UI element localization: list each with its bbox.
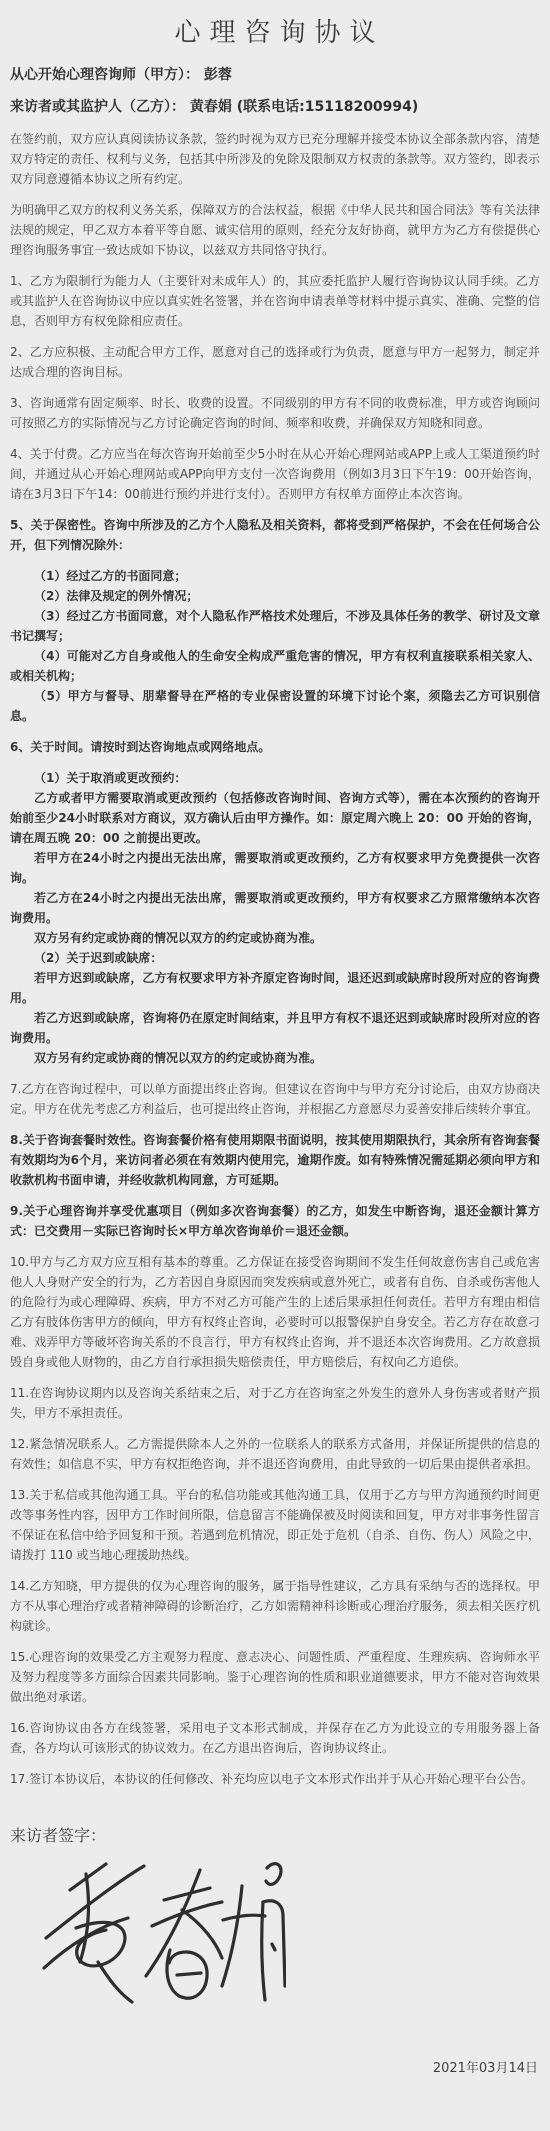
paragraph-clause-2: 2、乙方应积极、主动配合甲方工作，愿意对自己的选择或行为负责，愿意与甲方一起努力… bbox=[10, 342, 540, 382]
paragraph-clause-11: 11.在咨询协议期内以及咨询关系结束之后，对于乙方在咨询室之外发生的意外人身伤害… bbox=[10, 1383, 540, 1423]
paragraph-clause-17: 17.签订本协议后，本协议的任何修改、补充均应以电子文本形式作出并于从心开始心理… bbox=[10, 1769, 540, 1789]
paragraph-clause-7: 7.乙方在咨询过程中，可以单方面提出终止咨询。但建议在咨询中与甲方充分讨论后，由… bbox=[10, 1079, 540, 1119]
paragraph-clause-10: 10.甲方与乙方双方应互相有基本的尊重。乙方保证在接受咨询期间不发生任何故意伤害… bbox=[10, 1252, 540, 1372]
paragraph-clause-1: 1、乙方为限制行为能力人（主要针对未成年人）的，其应委托监护人履行咨询协议认同手… bbox=[10, 271, 540, 331]
signature-area bbox=[36, 1856, 540, 2011]
paragraph-clause-6-sub-2a: 若甲方迟到或缺席，乙方有权要求甲方补齐原定咨询时间，退还迟到或缺席时段所对应的咨… bbox=[10, 968, 540, 1008]
paragraph-clause-12: 12.紧急情况联系人。乙方需提供除本人之外的一位联系人的联系方式备用，并保证所提… bbox=[10, 1434, 540, 1474]
paragraph-clause-6-sub-1d: 双方另有约定或协商的情况以双方的约定或协商为准。 bbox=[10, 928, 540, 948]
paragraph-clause-6: 6、关于时间。请按时到达咨询地点或网络地点。 bbox=[10, 737, 540, 757]
paragraph-clause-9: 9.关于心理咨询并享受优惠项目（例如多次咨询套餐）的乙方，如发生中断咨询，退还金… bbox=[10, 1201, 540, 1241]
signature-handwriting bbox=[36, 1856, 286, 2006]
paragraph-clause-13: 13.关于私信或其他沟通工具。平台的私信功能或其他沟通工具，仅用于乙方与甲方沟通… bbox=[10, 1485, 540, 1565]
paragraph-intro-1: 在签约前，双方应认真阅读协议条款，签约时视为双方已充分理解并接受本协议全部条款内… bbox=[10, 129, 540, 189]
party-b-line: 来访者或其监护人（乙方）： 黄春娟 (联系电话:15118200994) bbox=[10, 97, 540, 117]
paragraph-clause-15: 15.心理咨询的效果受乙方主观努力程度、意志决心、问题性质、严重程度、生理疾病、… bbox=[10, 1647, 540, 1707]
page-title: 心理咨询协议 bbox=[10, 12, 540, 49]
paragraph-clause-5-sub-2: （2）法律及规定的例外情况； bbox=[10, 586, 540, 606]
signature-date: 2021年03月14日 bbox=[10, 2057, 540, 2076]
paragraph-clause-5-sub-4: （4）可能对乙方自身或他人的生命安全构成严重危害的情况，甲方有权利直接联系相关家… bbox=[10, 646, 540, 686]
paragraph-clause-5-sub-5: （5）甲方与督导、朋辈督导在严格的专业保密设置的环境下讨论个案，须隐去乙方可识别… bbox=[10, 686, 540, 726]
paragraph-clause-5: 5、关于保密性。咨询中所涉及的乙方个人隐私及相关资料，都将受到严格保护，不会在任… bbox=[10, 515, 540, 555]
paragraph-intro-2: 为明确甲乙双方的权利义务关系，保障双方的合法权益，根据《中华人民共和国合同法》等… bbox=[10, 200, 540, 260]
agreement-page: 心理咨询协议 从心开始心理咨询师（甲方）： 彭蓉 来访者或其监护人（乙方）： 黄… bbox=[0, 0, 550, 2131]
paragraph-clause-16: 16.咨询协议由各方在线签署，采用电子文本形式制成，并保存在乙方为此设立的专用服… bbox=[10, 1718, 540, 1758]
paragraph-clause-4: 4、关于付费。乙方应当在每次咨询开始前至少5小时在从心开始心理网站或APP上或人… bbox=[10, 444, 540, 504]
paragraph-clause-5-sub-3: （3）经过乙方书面同意，对个人隐私作严格技术处理后，不涉及具体任务的教学、研讨及… bbox=[10, 606, 540, 646]
paragraph-clause-6-sub-2c: 双方另有约定或协商的情况以双方的约定或协商为准。 bbox=[10, 1048, 540, 1068]
paragraph-clause-6-sub-2: （2）关于迟到或缺席： bbox=[10, 948, 540, 968]
party-a-line: 从心开始心理咨询师（甲方）： 彭蓉 bbox=[10, 65, 540, 85]
paragraph-clause-6-sub-1c: 若乙方在24小时之内提出无法出席，需要取消或更改预约，甲方有权要求乙方照常缴纳本… bbox=[10, 888, 540, 928]
paragraph-clause-3: 3、咨询通常有固定频率、时长、收费的设置。不同级别的甲方有不同的收费标准，甲方或… bbox=[10, 393, 540, 433]
paragraph-clause-14: 14.乙方知晓，甲方提供的仅为心理咨询的服务，属于指导性建议，乙方具有采纳与否的… bbox=[10, 1576, 540, 1636]
paragraph-clause-8: 8.关于咨询套餐时效性。咨询套餐价格有使用期限书面说明，按其使用期限执行，其余所… bbox=[10, 1130, 540, 1190]
paragraph-clause-6-sub-1: （1）关于取消或更改预约： bbox=[10, 768, 540, 788]
paragraph-clause-6-sub-2b: 若乙方迟到或缺席，咨询将仍在原定时间结束，并且甲方有权不退还迟到或缺席时段所对应… bbox=[10, 1008, 540, 1048]
paragraph-clause-6-sub-1a: 乙方或者甲方需要取消或更改预约（包括修改咨询时间、咨询方式等），需在本次预约的咨… bbox=[10, 788, 540, 848]
paragraph-clause-5-sub-1: （1）经过乙方的书面同意； bbox=[10, 566, 540, 586]
signature-section-label: 来访者签字： bbox=[10, 1823, 540, 1846]
paragraph-clause-6-sub-1b: 若甲方在24小时之内提出无法出席，需要取消或更改预约，乙方有权要求甲方免费提供一… bbox=[10, 848, 540, 888]
